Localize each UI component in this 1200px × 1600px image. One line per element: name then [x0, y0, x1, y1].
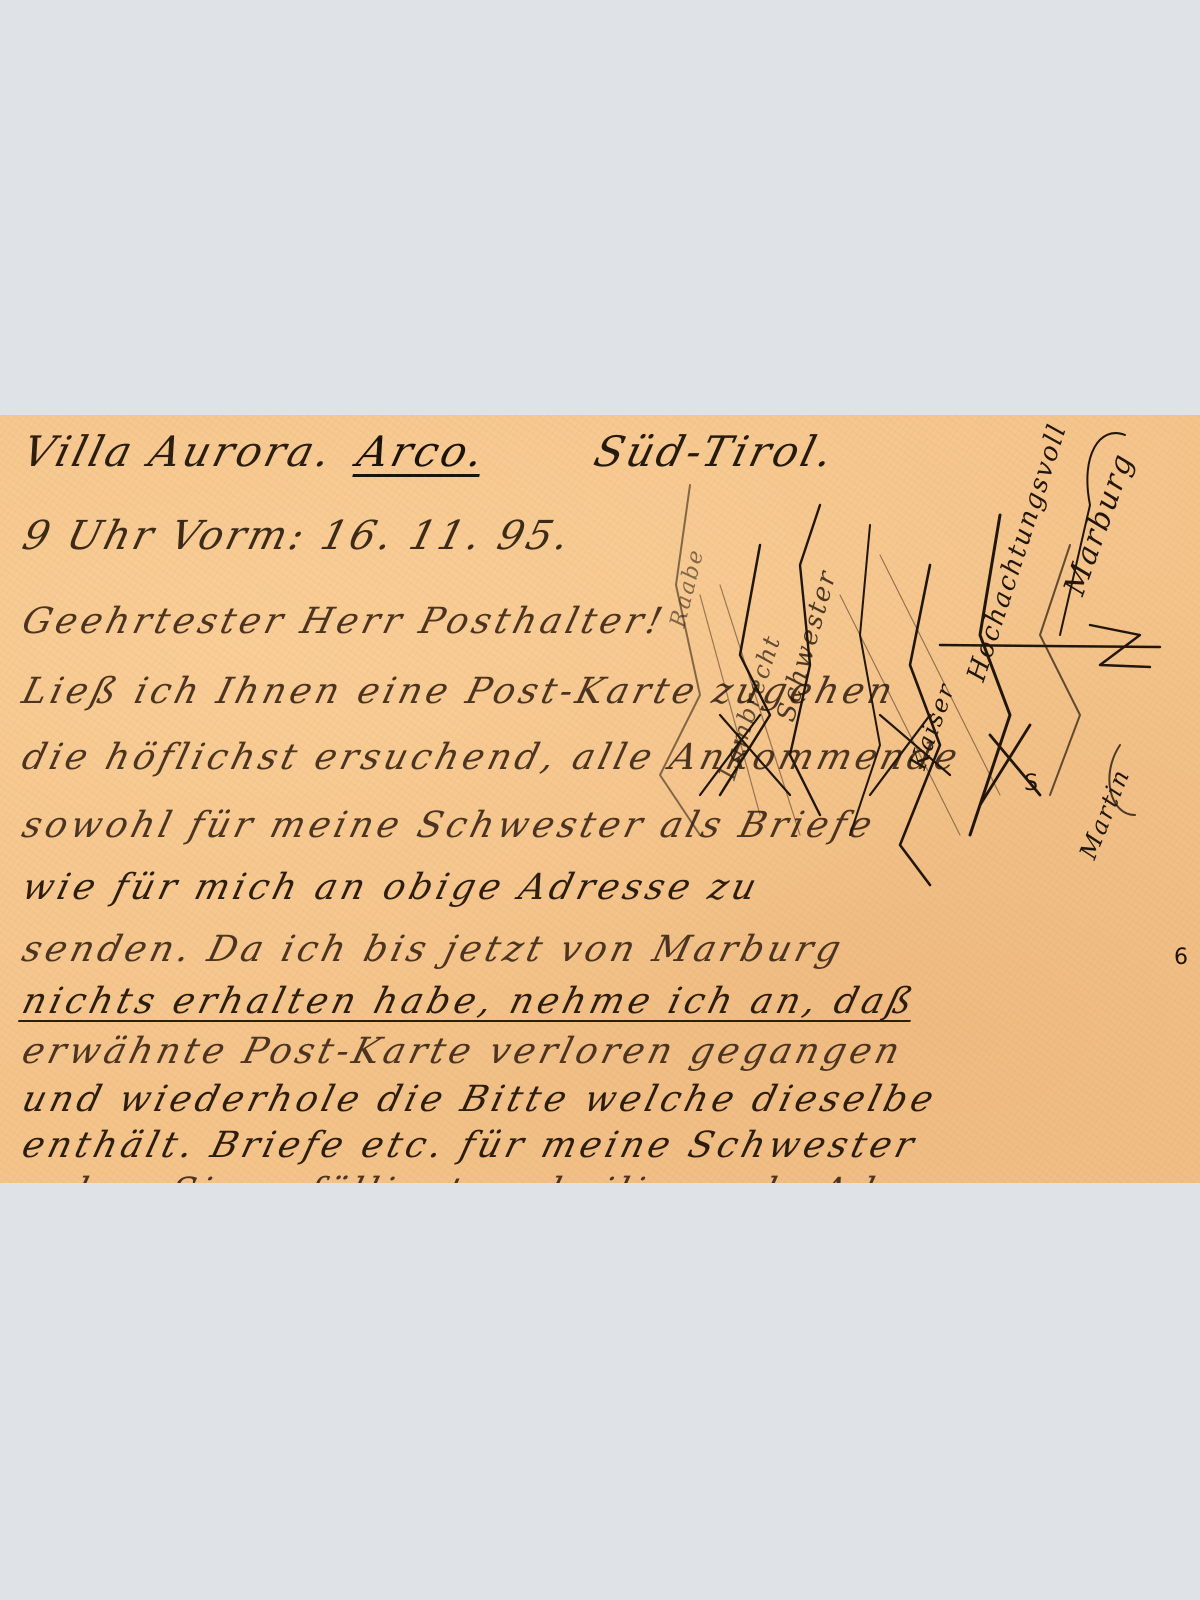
body-line-9: und wiederhole die Bitte welche dieselbe: [18, 1079, 942, 1120]
heading-region: Süd-Tirol.: [589, 427, 840, 476]
body-line-5: wie für mich an obige Adresse zu: [18, 867, 764, 908]
signature-7: Raabe: [666, 546, 710, 630]
body-line-2: Ließ ich Ihnen eine Post-Karte zugehen: [18, 671, 901, 712]
body-line-6: senden. Da ich bis jetzt von Marburg: [18, 929, 849, 970]
postcard: Villa Aurora.Arco.Süd-Tirol. 9 Uhr Vorm:…: [0, 415, 1200, 1183]
body-line-11: gehen Sie gefälligst an beiliegende Adre…: [18, 1171, 999, 1183]
signature-6: Martin: [1074, 764, 1136, 863]
body-line-10: enthält. Briefe etc. für meine Schwester: [18, 1125, 922, 1166]
body-line-7: nichts erhalten habe, nehme ich an, daß: [18, 981, 921, 1022]
margin-mark-6: 6: [1174, 945, 1188, 970]
dateline: 9 Uhr Vorm: 16. 11. 95.: [18, 513, 577, 559]
heading-line: Villa Aurora.Arco.Süd-Tirol.: [18, 427, 841, 476]
signature-2: Hochachtungsvoll: [961, 420, 1073, 685]
body-line-3: die höflichst ersuchend, alle Ankommende: [18, 737, 965, 778]
heading-city: Arco.: [353, 427, 492, 476]
body-line-4: sowohl für meine Schwester als Briefe: [18, 805, 880, 846]
body-line-8: erwähnte Post-Karte verloren gegangen: [18, 1031, 908, 1072]
body-line-1: Geehrtester Herr Posthalter!: [18, 601, 670, 642]
signature-1: Marburg: [1057, 448, 1141, 600]
margin-mark-s: S: [1024, 771, 1038, 796]
heading-place: Villa Aurora.: [18, 427, 339, 476]
